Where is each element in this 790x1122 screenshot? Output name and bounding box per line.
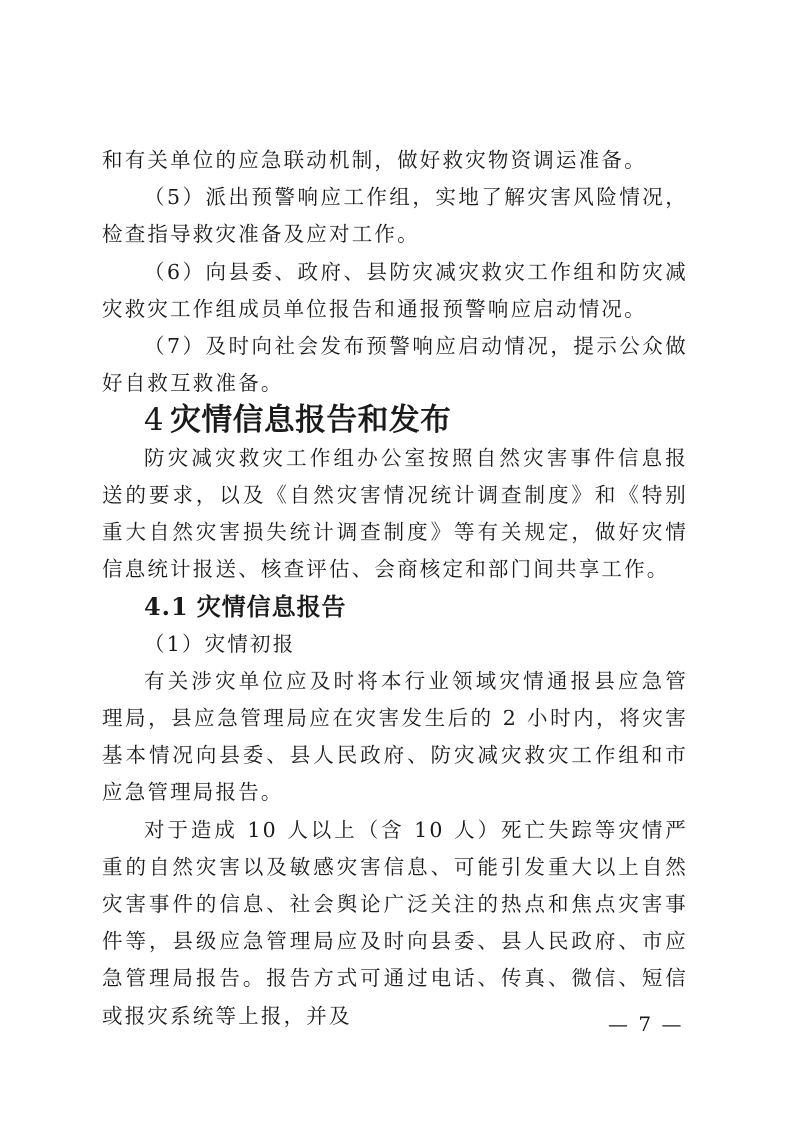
paragraph-item-6: （6）向县委、政府、县防灾减灾救灾工作组和防灾减灾救灾工作组成员单位报告和通报预…	[102, 254, 688, 328]
paragraph-item-7: （7）及时向社会发布预警响应启动情况，提示公众做好自救互救准备。	[102, 328, 688, 402]
page-number: — 7 —	[608, 1012, 683, 1036]
paragraph-item-5: （5）派出预警响应工作组，实地了解灾害风险情况，检查指导救灾准备及应对工作。	[102, 179, 688, 253]
section-heading-4-1: 4.1灾情信息报告	[102, 588, 688, 625]
section-number: 4	[144, 402, 164, 438]
section-heading-4: 4灾情信息报告和发布	[102, 402, 688, 439]
document-page: 和有关单位的应急联动机制，做好救灾物资调运准备。 （5）派出预警响应工作组，实地…	[102, 142, 688, 1035]
section-4-body: 防灾减灾救灾工作组办公室按照自然灾害事件信息报送的要求，以及《自然灾害情况统计调…	[102, 440, 688, 589]
paragraph-continuation: 和有关单位的应急联动机制，做好救灾物资调运准备。	[102, 142, 688, 179]
section-4-1-body-1: 有关涉灾单位应及时将本行业领域灾情通报县应急管理局，县应急管理局应在灾害发生后的…	[102, 663, 688, 812]
section-4-1-body-2: 对于造成 10 人以上（含 10 人）死亡失踪等灾情严重的自然灾害以及敏感灾害信…	[102, 812, 688, 1035]
subsection-number: 4.1	[144, 592, 189, 621]
subitem-initial-report: （1）灾情初报	[102, 626, 688, 663]
section-title: 灾情信息报告和发布	[170, 402, 451, 438]
subsection-title: 灾情信息报告	[197, 592, 347, 621]
